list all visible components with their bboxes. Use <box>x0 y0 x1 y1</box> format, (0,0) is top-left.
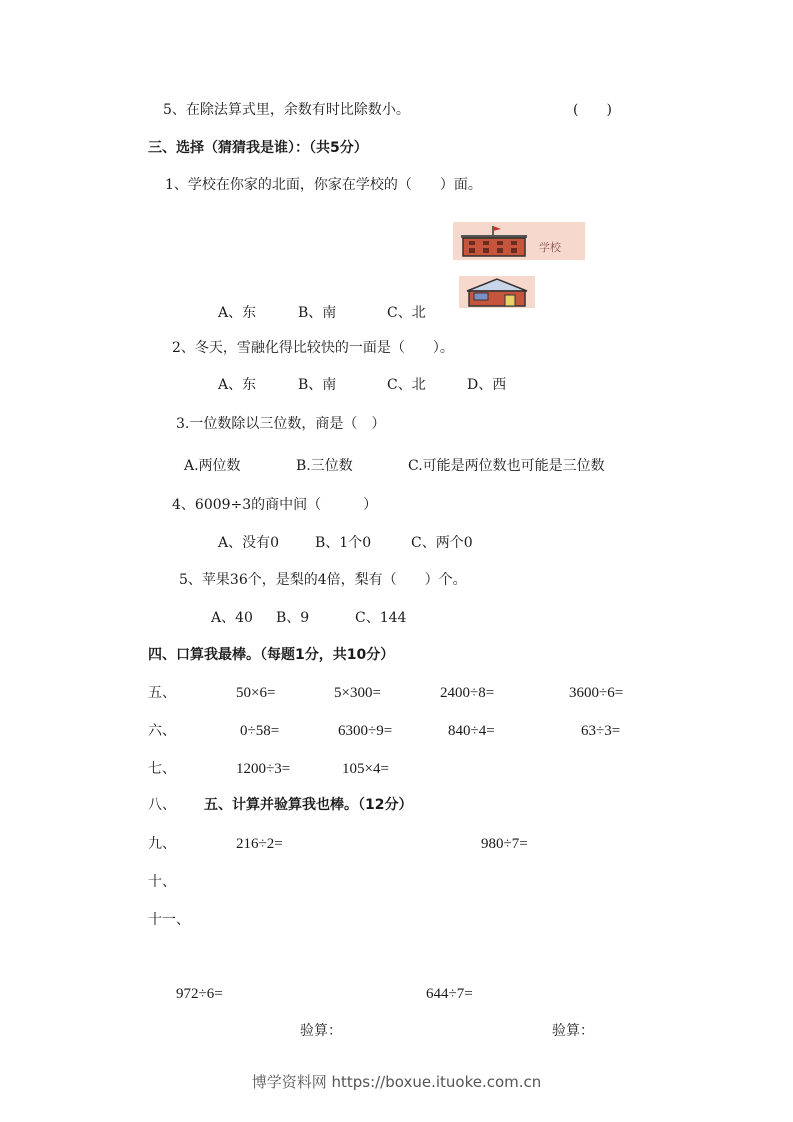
check-label: 验算： <box>300 1022 342 1040</box>
question-1: 1、学校在你家的北面，你家在学校的（ ）面。 <box>165 176 482 194</box>
q1-option-a: A、东 <box>218 304 256 322</box>
q4-option-c: C、两个0 <box>411 534 473 552</box>
row-label: 五、 <box>148 684 176 702</box>
q3-option-a: A.两位数 <box>184 457 241 475</box>
question-3: 3.一位数除以三位数，商是（ ） <box>176 415 385 433</box>
row-label: 十、 <box>148 873 176 891</box>
q5-option-b: B、9 <box>276 609 309 627</box>
calc-item: 6300÷9= <box>338 722 392 740</box>
q5-option-a: A、40 <box>211 609 253 627</box>
calc-item: 2400÷8= <box>440 684 494 702</box>
q2-option-c: C、北 <box>387 376 426 394</box>
q1-option-b: B、南 <box>298 304 336 322</box>
question-2: 2、冬天，雪融化得比较快的一面是（ ）。 <box>172 339 454 357</box>
calc-item: 216÷2= <box>236 835 283 853</box>
calc-item: 980÷7= <box>481 835 528 853</box>
calc-item: 644÷7= <box>426 985 473 1003</box>
q2-option-b: B、南 <box>298 376 336 394</box>
q3-option-b: B.三位数 <box>296 457 353 475</box>
house-icon <box>459 276 535 308</box>
row-label: 十一、 <box>148 911 190 929</box>
row-label: 六、 <box>148 722 176 740</box>
row-label: 八、 <box>148 796 176 814</box>
footer-watermark: 博学资料网 https://boxue.ituoke.com.cn <box>0 1071 793 1092</box>
calc-item: 3600÷6= <box>569 684 623 702</box>
calc-item: 972÷6= <box>176 985 223 1003</box>
calc-item: 1200÷3= <box>236 760 290 778</box>
q1-option-c: C、北 <box>387 304 426 322</box>
section-4-heading: 四、口算我最棒。（每题1分，共10分） <box>148 646 394 664</box>
question-4: 4、6009÷3的商中间（ ） <box>172 496 377 514</box>
row-label: 七、 <box>148 760 176 778</box>
row-label: 九、 <box>148 835 176 853</box>
question-5: 5、苹果36个，是梨的4倍，梨有（ ）个。 <box>179 571 467 589</box>
calc-item: 840÷4= <box>448 722 495 740</box>
answer-blank: ( ) <box>573 101 612 119</box>
school-image: 学校 <box>453 222 585 260</box>
q4-option-b: B、1个0 <box>315 534 371 552</box>
q3-option-c: C.可能是两位数也可能是三位数 <box>408 457 605 475</box>
check-label: 验算： <box>552 1022 594 1040</box>
q2-option-a: A、东 <box>218 376 256 394</box>
calc-item: 63÷3= <box>581 722 620 740</box>
q2-option-d: D、西 <box>467 376 506 394</box>
judge-item-5: 5、在除法算式里，余数有时比除数小。 <box>163 101 410 119</box>
school-building-icon: 学校 <box>453 222 585 260</box>
svg-text:学校: 学校 <box>539 240 562 254</box>
calc-item: 105×4= <box>342 760 389 778</box>
section-3-heading: 三、选择（猜猜我是谁）：（共5分） <box>148 139 368 157</box>
q5-option-c: C、144 <box>355 609 406 627</box>
calc-item: 5×300= <box>334 684 381 702</box>
section-5-heading: 五、计算并验算我也棒。（12分） <box>204 796 412 814</box>
calc-item: 0÷58= <box>240 722 279 740</box>
q4-option-a: A、没有0 <box>218 534 279 552</box>
house-image <box>459 276 535 308</box>
calc-item: 50×6= <box>236 684 275 702</box>
